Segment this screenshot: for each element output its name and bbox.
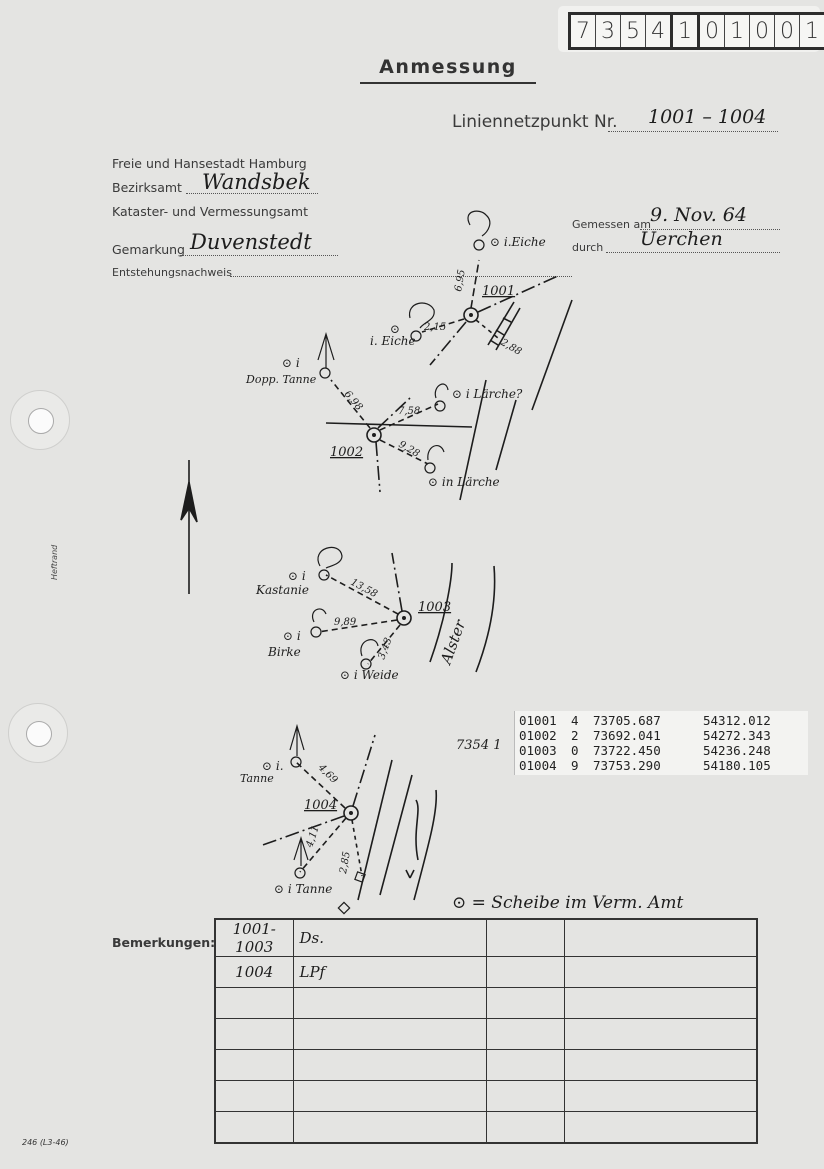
remarks-table: 1001-1003Ds.1004LPf [214, 918, 758, 1144]
remarks-cell [293, 1019, 486, 1050]
remarks-cell [486, 957, 564, 988]
svg-text:⊙ i Weide: ⊙ i Weide [340, 668, 399, 682]
remarks-label: Bemerkungen: [112, 935, 215, 950]
remarks-cell [564, 1019, 757, 1050]
svg-text:⊙ i.: ⊙ i. [262, 759, 284, 773]
form-code: 246 (L3-46) [22, 1138, 69, 1147]
y-coordinate: 54272.343 [703, 728, 793, 743]
remarks-cell: Ds. [293, 919, 486, 957]
svg-text:2,88: 2,88 [498, 337, 524, 358]
svg-text:i. Eiche: i. Eiche [370, 334, 416, 348]
svg-text:6,95: 6,95 [453, 269, 468, 293]
remarks-row [215, 1112, 757, 1144]
remarks-cell [564, 957, 757, 988]
remarks-row [215, 988, 757, 1019]
north-arrow-icon [181, 460, 197, 594]
remarks-cell [486, 1019, 564, 1050]
check-digit: 0 [571, 743, 593, 758]
coordinate-row: 01003 0 73722.450 54236.248 [519, 743, 804, 758]
point-number: 01001 [519, 713, 571, 728]
svg-text:4,69: 4,69 [315, 762, 340, 787]
remarks-cell [564, 1050, 757, 1081]
svg-text:⊙ i: ⊙ i [288, 569, 306, 583]
svg-text:1003: 1003 [418, 600, 451, 615]
svg-text:2,15: 2,15 [423, 322, 446, 333]
svg-text:3,43: 3,43 [376, 636, 394, 661]
stamp-number: 7354 1 [456, 738, 502, 753]
remarks-row: 1004LPf [215, 957, 757, 988]
svg-text:⊙ i Tanne: ⊙ i Tanne [274, 882, 332, 896]
y-coordinate: 54236.248 [703, 743, 793, 758]
coordinate-row: 01004 9 73753.290 54180.105 [519, 758, 804, 773]
point-number: 01004 [519, 758, 571, 773]
x-coordinate: 73692.041 [593, 728, 703, 743]
svg-text:4,11: 4,11 [304, 824, 322, 850]
coordinate-list: 01001 4 73705.687 54312.012 01002 2 7369… [514, 711, 808, 775]
x-coordinate: 73753.290 [593, 758, 703, 773]
coordinate-row: 01002 2 73692.041 54272.343 [519, 728, 804, 743]
y-coordinate: 54312.012 [703, 713, 793, 728]
svg-text:9,89: 9,89 [334, 617, 357, 628]
remarks-cell [564, 988, 757, 1019]
svg-text:1001: 1001 [482, 284, 515, 299]
remarks-cell [486, 919, 564, 957]
coordinate-row: 01001 4 73705.687 54312.012 [519, 713, 804, 728]
remarks-row: 1001-1003Ds. [215, 919, 757, 957]
svg-text:6,98: 6,98 [342, 389, 365, 413]
remarks-cell [486, 1112, 564, 1144]
svg-text:13,58: 13,58 [349, 577, 379, 600]
svg-text:1002: 1002 [330, 445, 363, 460]
remarks-cell [215, 1019, 293, 1050]
svg-text:⊙ i.Eiche: ⊙ i.Eiche [490, 235, 546, 249]
x-coordinate: 73705.687 [593, 713, 703, 728]
remarks-cell [293, 1050, 486, 1081]
remarks-cell [215, 1112, 293, 1144]
remarks-cell: LPf [293, 957, 486, 988]
remarks-cell [564, 919, 757, 957]
point-number: 01002 [519, 728, 571, 743]
check-digit: 2 [571, 728, 593, 743]
remarks-row [215, 1050, 757, 1081]
remarks-cell [215, 988, 293, 1019]
svg-text:⊙ i: ⊙ i [282, 356, 300, 370]
remarks-cell [293, 988, 486, 1019]
svg-text:⊙ i: ⊙ i [283, 629, 301, 643]
remarks-cell [486, 1081, 564, 1112]
x-coordinate: 73722.450 [593, 743, 703, 758]
check-digit: 9 [571, 758, 593, 773]
legend-note: ⊙ = Scheibe im Verm. Amt [452, 893, 683, 913]
svg-text:2,85: 2,85 [338, 851, 353, 876]
remarks-cell [564, 1112, 757, 1144]
check-digit: 4 [571, 713, 593, 728]
remarks-row [215, 1081, 757, 1112]
y-coordinate: 54180.105 [703, 758, 793, 773]
remarks-row [215, 1019, 757, 1050]
svg-text:Kastanie: Kastanie [255, 583, 309, 597]
svg-text:Dopp. Tanne: Dopp. Tanne [245, 373, 317, 386]
remarks-cell: 1004 [215, 957, 293, 988]
svg-text:Birke: Birke [267, 645, 301, 659]
remarks-cell [486, 1050, 564, 1081]
svg-text:⊙ in Lärche: ⊙ in Lärche [428, 475, 500, 489]
point-number: 01003 [519, 743, 571, 758]
svg-text:1004: 1004 [304, 798, 337, 813]
remarks-cell: 1001-1003 [215, 919, 293, 957]
svg-text:⊙ i Lärche?: ⊙ i Lärche? [452, 387, 523, 401]
svg-text:9,28: 9,28 [397, 439, 422, 460]
svg-text:Tanne: Tanne [240, 772, 274, 785]
remarks-cell [564, 1081, 757, 1112]
remarks-cell [293, 1081, 486, 1112]
remarks-cell [215, 1050, 293, 1081]
remarks-cell [486, 988, 564, 1019]
svg-text:7,58: 7,58 [398, 406, 420, 417]
remarks-cell [215, 1081, 293, 1112]
remarks-cell [293, 1112, 486, 1144]
